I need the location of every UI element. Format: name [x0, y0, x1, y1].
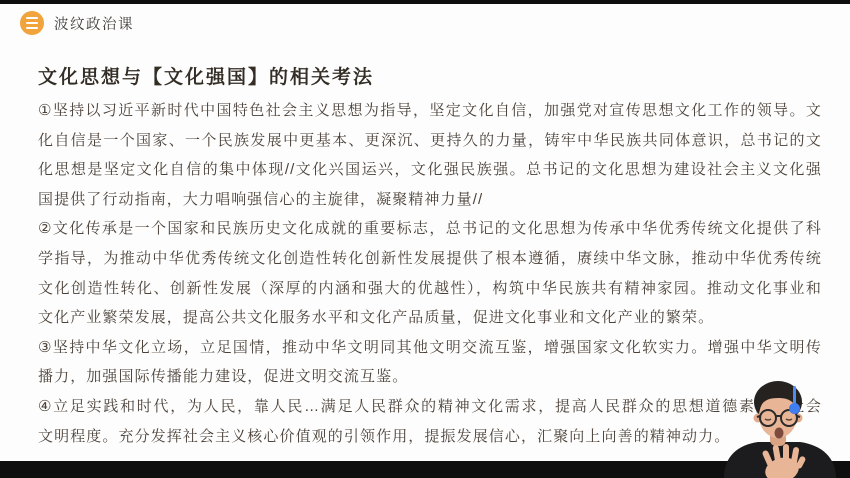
paragraph-2-line: 文化创造性转化、创新性发展（深厚的内涵和强大的优越性），构筑中华民族共有精神家园… [38, 274, 822, 304]
slide-title: 文化思想与【文化强国】的相关考法 [38, 62, 818, 89]
paragraph-2-line: 学指导，为推动中华优秀传统文化创造性转化创新性发展提供了根本遵循，赓续中华文脉，… [38, 244, 822, 274]
paragraph-1-line: 化思想是坚定文化自信的集中体现//文化兴国运兴，文化强民族强。总书记的文化思想为… [38, 155, 822, 185]
paragraph-2-line: 文化产业繁荣发展，提高公共文化服务水平和文化产品质量，促进文化事业和文化产业的繁… [38, 303, 822, 333]
paragraph-3-line: ③坚持中华文化立场，立足国情，推动中华文明同其他文明交流互鉴，增强国家文化软实力… [38, 333, 822, 363]
paragraph-1-line: 国提供了行动指南，大力唱响强信心的主旋律，凝聚精神力量// [38, 185, 822, 215]
paragraph-3-line: 播力，加强国际传播能力建设，促进文明交流互鉴。 [38, 362, 822, 392]
brand-name: 波纹政治课 [54, 13, 134, 34]
letterbox-top [0, 0, 850, 4]
paragraph-1-line: ①坚持以习近平新时代中国特色社会主义思想为指导，坚定文化自信，加强党对宣传思想文… [38, 96, 822, 126]
hamburger-lines-icon [20, 11, 44, 35]
instructor-webcam [710, 378, 850, 478]
slide-body: ①坚持以习近平新时代中国特色社会主义思想为指导，坚定文化自信，加强党对宣传思想文… [38, 96, 822, 451]
paragraph-2-line: ②文化传承是一个国家和民族历史文化成就的重要标志，总书记的文化思想为传承中华优秀… [38, 214, 822, 244]
paragraph-4-line: ④立足实践和时代，为人民，靠人民…满足人民群众的精神文化需求，提高人民群众的思想… [38, 392, 822, 422]
paragraph-1-line: 化自信是一个国家、一个民族发展中更基本、更深沉、更持久的力量，铸牢中华民族共同体… [38, 126, 822, 156]
brand-header: 波纹政治课 [20, 11, 134, 35]
text-selection-cursor[interactable] [789, 386, 801, 414]
paragraph-4-line: 文明程度。充分发挥社会主义核心价值观的引领作用，提振发展信心，汇聚向上向善的精神… [38, 422, 822, 452]
